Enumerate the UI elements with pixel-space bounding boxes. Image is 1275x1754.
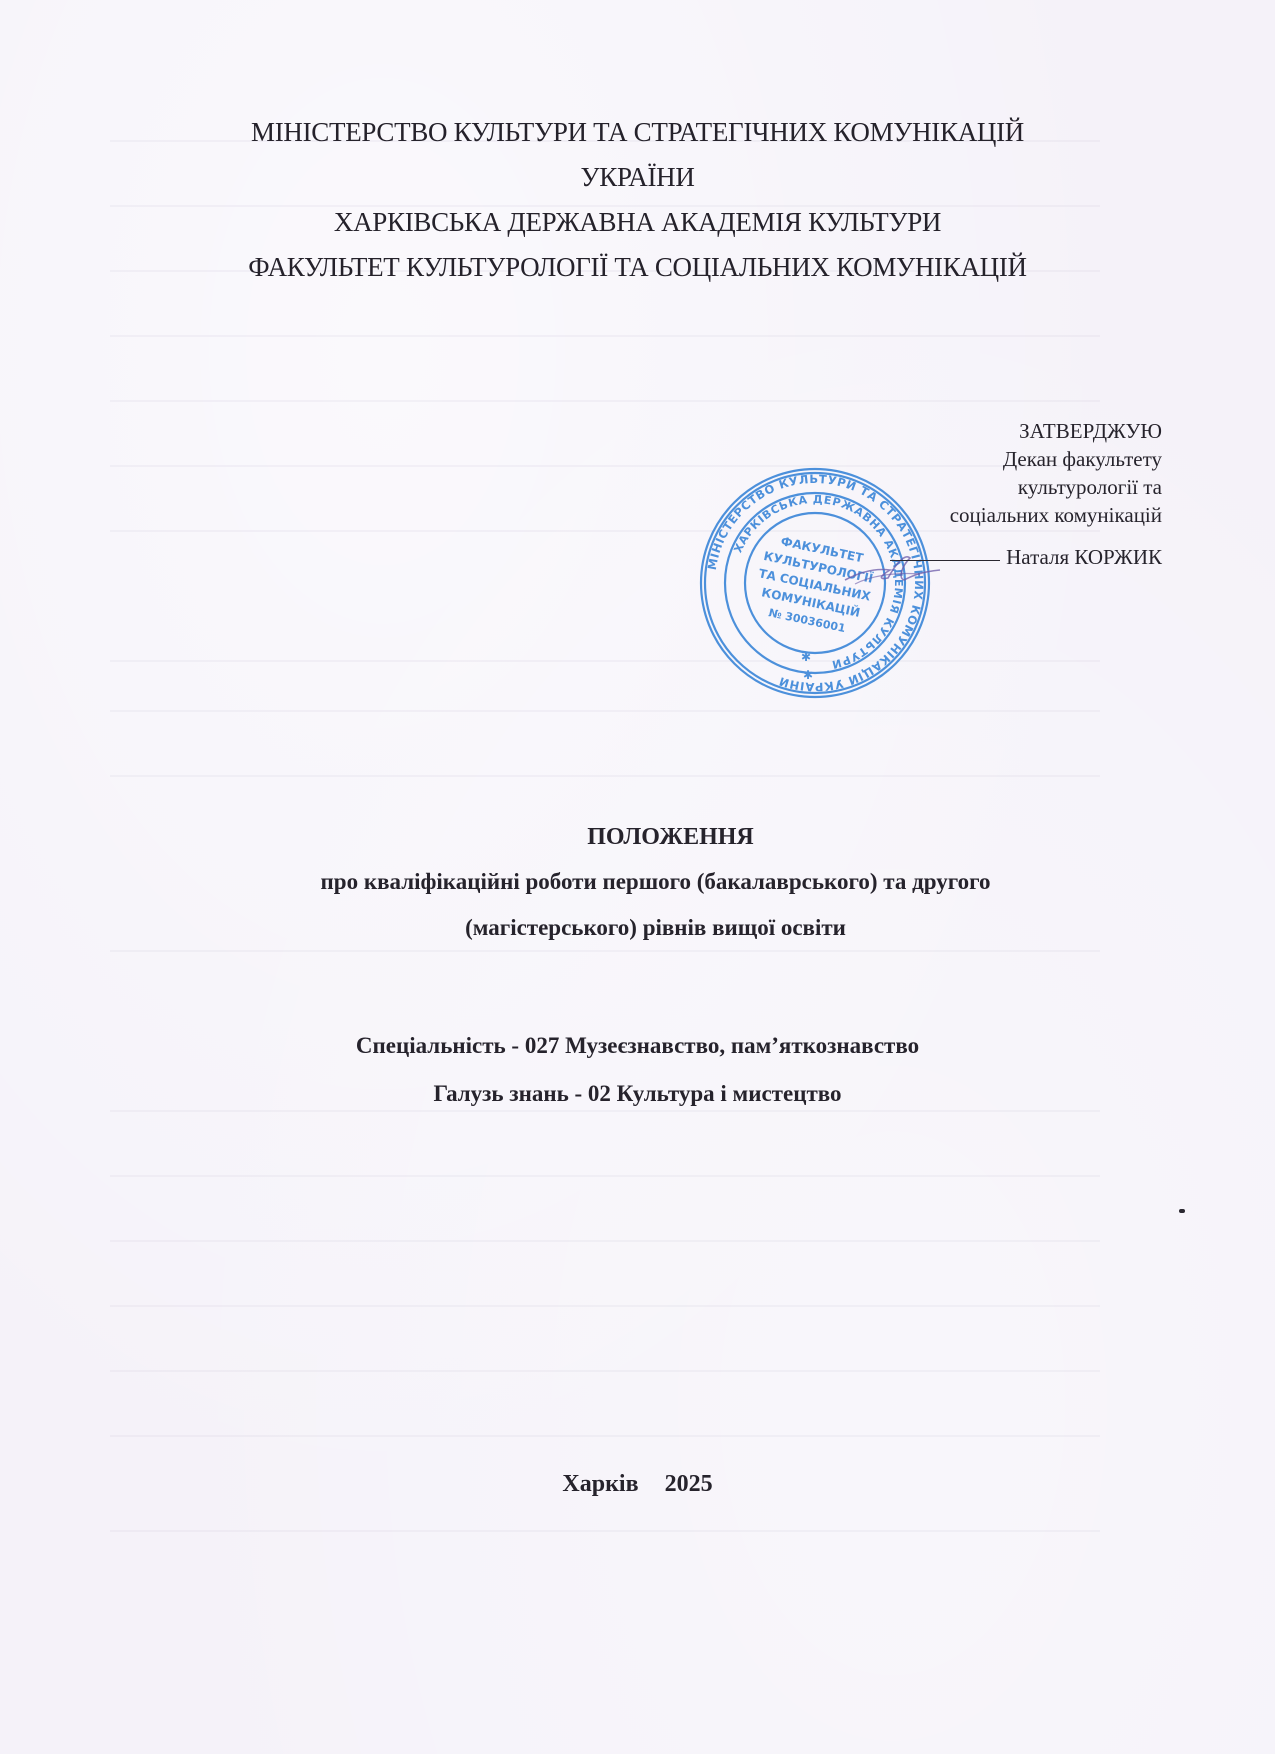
academy-name: ХАРКІВСЬКА ДЕРЖАВНА АКАДЕМІЯ КУЛЬТУРИ bbox=[0, 200, 1275, 245]
field-of-knowledge-line: Галузь знань - 02 Культура і мистецтво bbox=[0, 1070, 1275, 1118]
signature-line bbox=[890, 560, 1000, 561]
approver-name: Наталя КОРЖИК bbox=[1006, 545, 1162, 569]
ministry-name-line1: МІНІСТЕРСТВО КУЛЬТУРИ ТА СТРАТЕГІЧНИХ КО… bbox=[0, 110, 1275, 155]
document-subtitle-line2: (магістерського) рівнів вищої освіти bbox=[36, 905, 1275, 951]
specialty-line: Спеціальність - 027 Музеєзнавство, пам’я… bbox=[0, 1022, 1275, 1070]
year: 2025 bbox=[665, 1471, 713, 1497]
bleed-through-line bbox=[110, 1370, 1100, 1372]
bleed-through-line bbox=[110, 710, 1100, 712]
specialty-block: Спеціальність - 027 Музеєзнавство, пам’я… bbox=[0, 1022, 1275, 1118]
bleed-through-line bbox=[110, 1435, 1100, 1437]
document-title-block: ПОЛОЖЕННЯ про кваліфікаційні роботи перш… bbox=[0, 815, 1275, 951]
institution-header: МІНІСТЕРСТВО КУЛЬТУРИ ТА СТРАТЕГІЧНИХ КО… bbox=[0, 110, 1275, 290]
bleed-through-line bbox=[110, 1530, 1100, 1532]
bleed-through-line bbox=[110, 660, 1100, 662]
document-subtitle-line1: про кваліфікаційні роботи першого (бакал… bbox=[36, 859, 1275, 905]
bleed-through-line bbox=[110, 335, 1100, 337]
bleed-through-line bbox=[110, 1240, 1100, 1242]
svg-text:✱: ✱ bbox=[801, 650, 811, 664]
bleed-through-line bbox=[110, 775, 1100, 777]
document-title: ПОЛОЖЕННЯ bbox=[66, 815, 1275, 859]
bleed-through-line bbox=[110, 1175, 1100, 1177]
approver-position-line1: Декан факультету bbox=[890, 445, 1162, 473]
svg-text:✱: ✱ bbox=[803, 668, 813, 682]
bleed-through-line bbox=[110, 400, 1100, 402]
signature-row: Наталя КОРЖИК bbox=[890, 543, 1162, 571]
approver-position-line2: культурології та bbox=[890, 473, 1162, 501]
approver-position-line3: соціальних комунікацій bbox=[890, 501, 1162, 529]
document-page: МІНІСТЕРСТВО КУЛЬТУРИ ТА СТРАТЕГІЧНИХ КО… bbox=[0, 0, 1275, 1754]
approval-block: ЗАТВЕРДЖУЮ Декан факультету культурологі… bbox=[890, 417, 1162, 571]
city: Харків bbox=[562, 1471, 638, 1497]
faculty-name: ФАКУЛЬТЕТ КУЛЬТУРОЛОГІЇ ТА СОЦІАЛЬНИХ КО… bbox=[0, 245, 1275, 290]
bleed-through-line bbox=[110, 1305, 1100, 1307]
scan-speck bbox=[1179, 1209, 1185, 1213]
approval-label: ЗАТВЕРДЖУЮ bbox=[890, 417, 1162, 445]
place-and-year: Харків2025 bbox=[0, 1471, 1275, 1498]
ministry-name-line2: УКРАЇНИ bbox=[0, 155, 1275, 200]
